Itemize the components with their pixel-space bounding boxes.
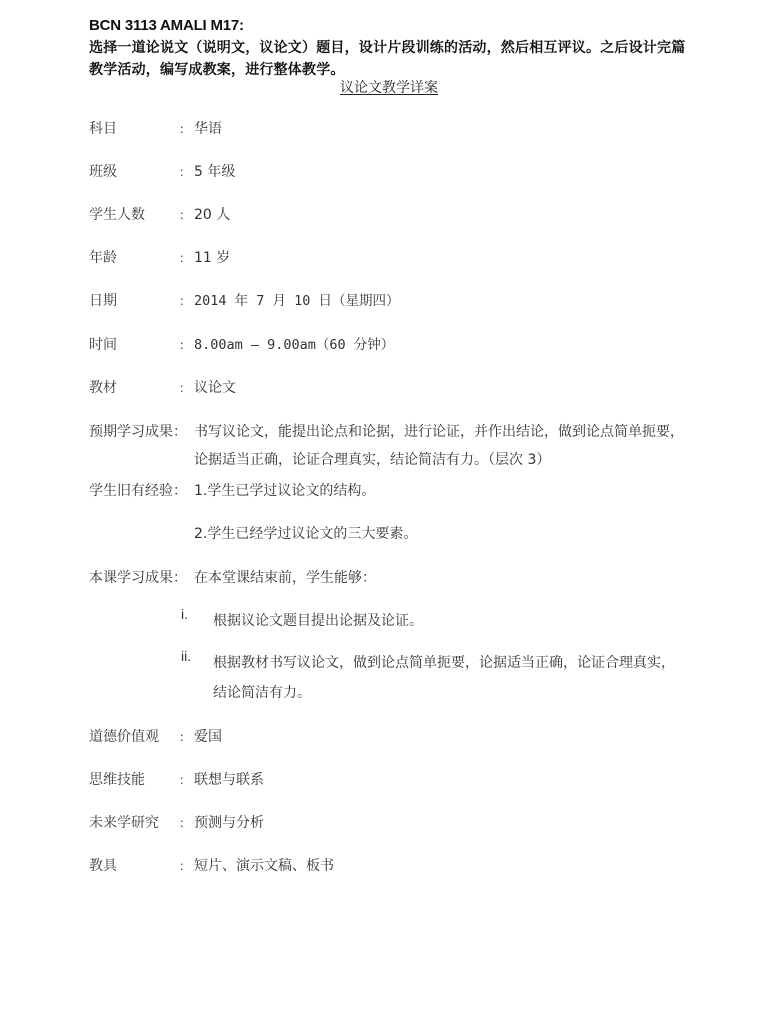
field-value: 11 岁	[194, 248, 230, 268]
expected-outcome-text: 书写议论文，能提出论点和论据，进行论证，并作出结论，做到论点简单扼要，论据适当正…	[194, 418, 694, 474]
lesson-outcome-intro: 在本堂课结束前，学生能够：	[194, 568, 376, 588]
field-label: 教具	[89, 856, 117, 876]
field-value: 2014 年 7 月 10 日（星期四）	[194, 291, 400, 311]
prior-knowledge-label: 学生旧有经验：	[89, 481, 187, 501]
field-value: 短片、演示文稿、板书	[194, 856, 334, 876]
field-colon: ：	[179, 378, 191, 398]
field-value: 20 人	[194, 205, 230, 225]
assignment-description: 选择一道论说文（说明文，议论文）题目，设计片段训练的活动，然后相互评议。之后设计…	[89, 36, 699, 80]
field-colon: ：	[179, 205, 191, 225]
field-colon: ：	[179, 813, 191, 833]
document-header: BCN 3113 AMALI M17: 选择一道论说文（说明文，议论文）题目，设…	[89, 16, 699, 80]
field-label: 科目	[89, 119, 117, 139]
course-code: BCN 3113 AMALI M17:	[89, 16, 699, 36]
field-colon: ：	[179, 727, 191, 747]
field-label: 学生人数	[89, 205, 145, 225]
field-value: 8.00am – 9.00am（60 分钟）	[194, 335, 394, 355]
lesson-outcome-label: 本课学习成果：	[89, 568, 187, 588]
document-title: 议论文教学详案	[0, 78, 768, 98]
list-text: 根据教材书写议论文，做到论点简单扼要，论据适当正确，论证合理真实，结论简洁有力。	[213, 648, 683, 708]
field-label: 道德价值观	[89, 727, 159, 747]
list-marker: ii.	[181, 648, 191, 664]
prior-knowledge-item-2: 2.学生已经学过议论文的三大要素。	[194, 524, 417, 544]
document-title-text: 议论文教学详案	[340, 80, 438, 96]
field-label: 班级	[89, 162, 117, 182]
field-colon: ：	[179, 335, 191, 355]
field-label: 年龄	[89, 248, 117, 268]
field-value: 议论文	[194, 378, 236, 398]
field-colon: ：	[179, 162, 191, 182]
list-text: 根据议论文题目提出论据及论证。	[213, 606, 683, 636]
expected-outcome-label: 预期学习成果：	[89, 418, 187, 446]
field-value: 华语	[194, 119, 222, 139]
field-label: 日期	[89, 291, 117, 311]
prior-knowledge-item-1: 1.学生已学过议论文的结构。	[194, 481, 375, 501]
field-label: 未来学研究	[89, 813, 159, 833]
field-label: 教材	[89, 378, 117, 398]
field-label: 思维技能	[89, 770, 145, 790]
document-page: BCN 3113 AMALI M17: 选择一道论说文（说明文，议论文）题目，设…	[0, 0, 768, 1024]
list-marker: i.	[181, 606, 188, 622]
field-value: 爱国	[194, 727, 222, 747]
field-colon: ：	[179, 119, 191, 139]
field-value: 预测与分析	[194, 813, 264, 833]
field-colon: ：	[179, 856, 191, 876]
field-value: 联想与联系	[194, 770, 264, 790]
field-colon: ：	[179, 291, 191, 311]
field-colon: ：	[179, 770, 191, 790]
field-value: 5 年级	[194, 162, 235, 182]
field-label: 时间	[89, 335, 117, 355]
field-colon: ：	[179, 248, 191, 268]
